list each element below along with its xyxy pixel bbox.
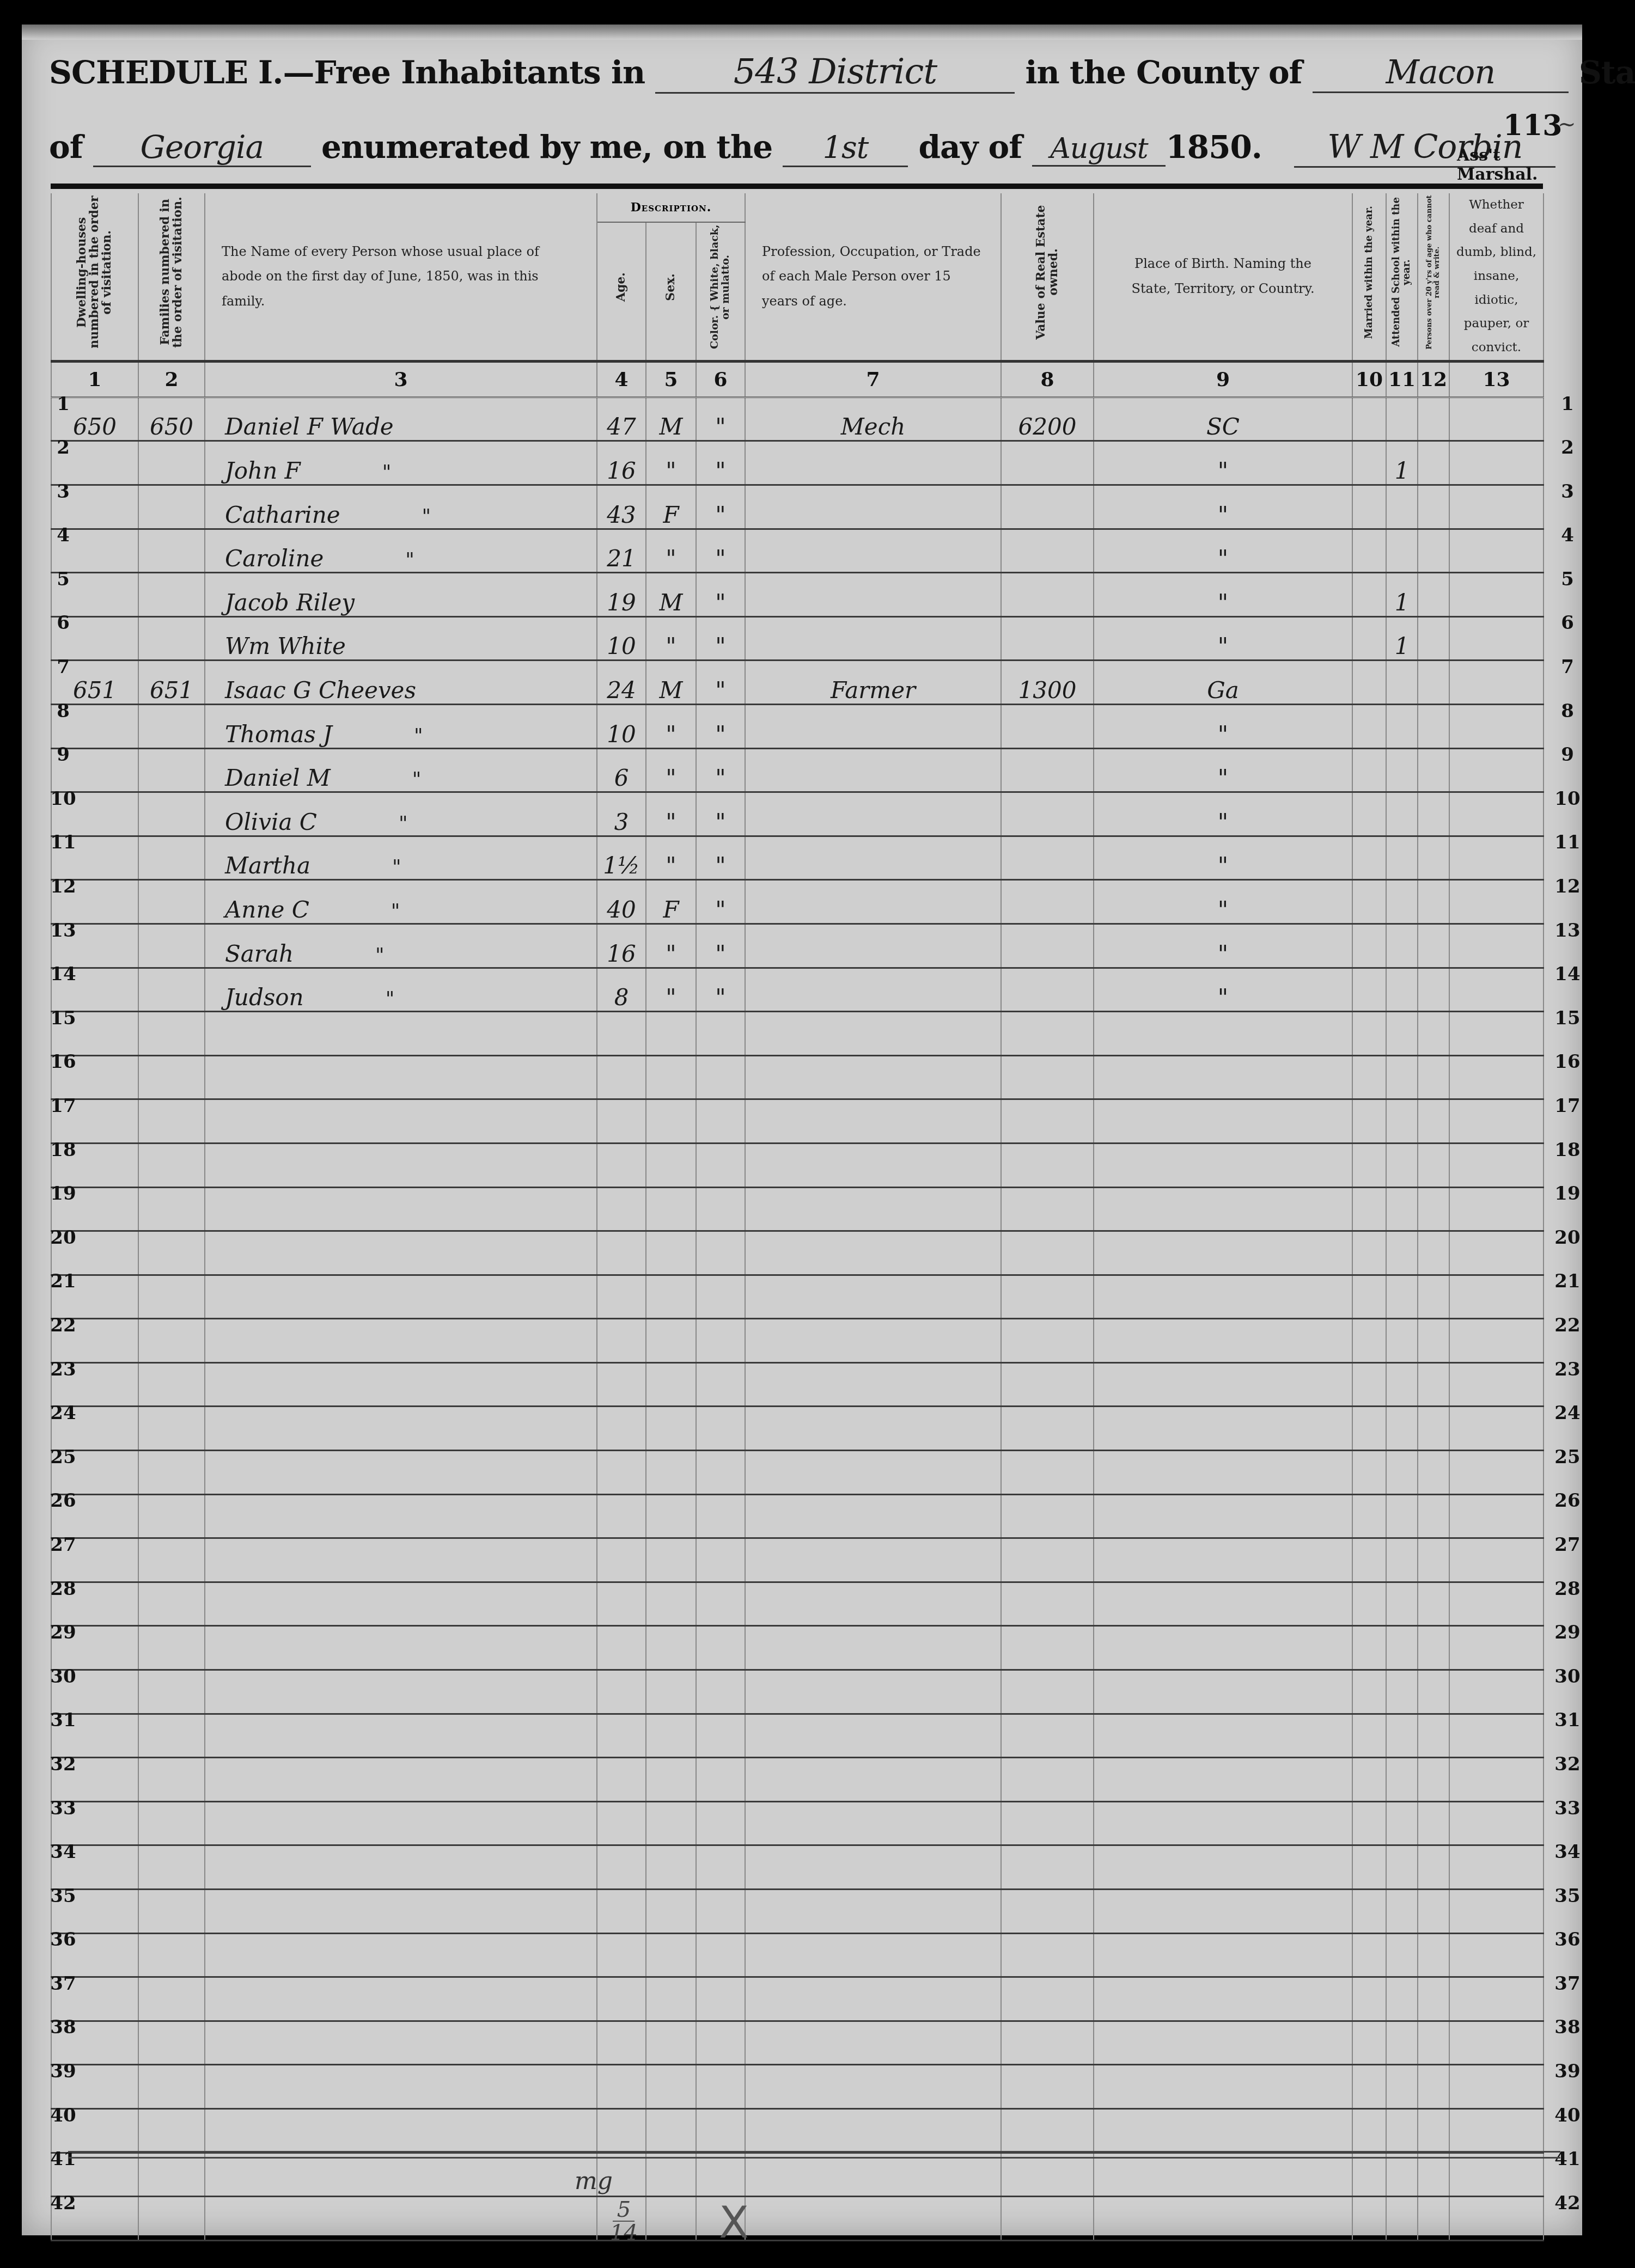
line-number-right: 31	[1554, 1709, 1581, 1731]
cell-birthplace: "	[1094, 441, 1352, 485]
cell-married	[1352, 1977, 1386, 2021]
cell-occupation	[745, 1275, 1001, 1319]
cell-married	[1352, 2153, 1386, 2197]
cell-condition	[1449, 1933, 1544, 1977]
cell-occupation: Farmer	[745, 661, 1001, 705]
cell-family	[138, 485, 205, 529]
line-number-left: 21	[50, 1270, 77, 1292]
cell-illiterate	[1418, 968, 1449, 1012]
cell-condition	[1449, 1143, 1544, 1187]
line-number-left: 22	[50, 1315, 77, 1336]
cell-real-estate	[1001, 1494, 1094, 1538]
cell-sex	[646, 1055, 696, 1099]
cell-color	[696, 1319, 745, 1363]
line-number-left: 38	[50, 2016, 77, 2038]
cell-family	[138, 2153, 205, 2197]
cell-occupation	[745, 1890, 1001, 1934]
col-header-sex: Sex.	[646, 222, 696, 362]
cell-real-estate: 6200	[1001, 397, 1094, 441]
line-number-right: 7	[1554, 656, 1581, 678]
cell-age: 10	[597, 704, 646, 748]
cell-name	[205, 1714, 597, 1758]
cell-real-estate	[1001, 1890, 1094, 1934]
line-number-right: 35	[1554, 1885, 1581, 1907]
cell-birthplace	[1094, 1977, 1352, 2021]
line-number-right: 24	[1554, 1402, 1581, 1424]
line-number-right: 11	[1554, 832, 1581, 853]
cell-condition	[1449, 968, 1544, 1012]
line-number-left: 15	[50, 1007, 77, 1029]
cell-sex: M	[646, 573, 696, 617]
table-row	[51, 1231, 1544, 1275]
cell-school	[1386, 2153, 1418, 2197]
col-number-6: 6	[696, 361, 745, 397]
cell-birthplace: "	[1094, 880, 1352, 924]
cell-condition	[1449, 1845, 1544, 1890]
table-row	[51, 2021, 1544, 2065]
cell-name	[205, 2197, 597, 2241]
cell-real-estate	[1001, 529, 1094, 573]
line-number-left: 30	[50, 1666, 77, 1688]
cell-family	[138, 748, 205, 792]
cell-real-estate	[1001, 880, 1094, 924]
cell-real-estate	[1001, 1319, 1094, 1363]
cell-illiterate	[1418, 2065, 1449, 2109]
year-label: 1850.	[1166, 129, 1262, 166]
cell-birthplace: "	[1094, 529, 1352, 573]
line-number-right: 12	[1554, 876, 1581, 897]
cell-real-estate	[1001, 1187, 1094, 1231]
cell-married	[1352, 1099, 1386, 1144]
cell-age	[597, 1582, 646, 1626]
cell-school	[1386, 1582, 1418, 1626]
cell-family	[138, 1582, 205, 1626]
census-table: Dwelling-houses numbered in the order of…	[51, 193, 1544, 2241]
cell-occupation	[745, 1451, 1001, 1495]
cell-condition	[1449, 748, 1544, 792]
ditto-mark	[416, 681, 498, 703]
line-number-left: 7	[50, 656, 77, 678]
cell-illiterate	[1418, 2021, 1449, 2065]
cell-occupation	[745, 924, 1001, 968]
cell-condition	[1449, 1801, 1544, 1845]
cell-age	[597, 1758, 646, 1802]
cell-color	[696, 1933, 745, 1977]
cell-illiterate	[1418, 1187, 1449, 1231]
cell-occupation	[745, 1012, 1001, 1056]
cell-age	[597, 2021, 646, 2065]
cell-married	[1352, 2108, 1386, 2153]
line-number-left: 29	[50, 1622, 77, 1643]
cell-real-estate	[1001, 1582, 1094, 1626]
cell-family	[138, 1012, 205, 1056]
cell-school: 1	[1386, 441, 1418, 485]
cell-real-estate	[1001, 836, 1094, 880]
cell-school	[1386, 1055, 1418, 1099]
cell-married	[1352, 1407, 1386, 1451]
table-row	[51, 2153, 1544, 2197]
cell-sex: M	[646, 661, 696, 705]
cell-name: Judson"	[205, 968, 597, 1012]
line-number-right: 4	[1554, 524, 1581, 546]
ditto-mark: "	[294, 944, 385, 967]
cell-birthplace: "	[1094, 573, 1352, 617]
col-header-name: The Name of every Person whose usual pla…	[205, 193, 597, 361]
cell-condition	[1449, 616, 1544, 661]
cell-married	[1352, 397, 1386, 441]
line-number-left: 18	[50, 1139, 77, 1161]
cell-school	[1386, 968, 1418, 1012]
cell-occupation	[745, 704, 1001, 748]
ditto-mark: "	[332, 725, 423, 747]
cell-illiterate	[1418, 1231, 1449, 1275]
cell-illiterate	[1418, 880, 1449, 924]
line-number-left: 39	[50, 2061, 77, 2082]
cell-age: 24	[597, 661, 646, 705]
line-number-right: 29	[1554, 1622, 1581, 1643]
cell-color	[696, 1275, 745, 1319]
cell-birthplace	[1094, 1845, 1352, 1890]
day-of-label: day of	[919, 129, 1022, 166]
cell-school	[1386, 1099, 1418, 1144]
table-row	[51, 1275, 1544, 1319]
cell-occupation	[745, 1801, 1001, 1845]
table-row	[51, 1538, 1544, 1582]
cell-illiterate	[1418, 792, 1449, 836]
cell-real-estate: 1300	[1001, 661, 1094, 705]
cell-age	[597, 1362, 646, 1407]
cell-illiterate	[1418, 529, 1449, 573]
cell-birthplace	[1094, 1187, 1352, 1231]
cell-color	[696, 1758, 745, 1802]
line-number-left: 8	[50, 700, 77, 722]
cell-sex	[646, 1143, 696, 1187]
cell-color: "	[696, 880, 745, 924]
line-number-right: 37	[1554, 1973, 1581, 1995]
county-label: in the County of	[1026, 54, 1302, 91]
cell-school	[1386, 880, 1418, 924]
table-row	[51, 1407, 1544, 1451]
col-number-7: 7	[745, 361, 1001, 397]
table-row	[51, 1977, 1544, 2021]
cell-family	[138, 1801, 205, 1845]
cell-condition	[1449, 1538, 1544, 1582]
cell-married	[1352, 1758, 1386, 1802]
cell-sex: "	[646, 924, 696, 968]
col-number-3: 3	[205, 361, 597, 397]
cell-birthplace	[1094, 1362, 1352, 1407]
cell-occupation	[745, 1187, 1001, 1231]
cell-color	[696, 2065, 745, 2109]
cell-condition	[1449, 397, 1544, 441]
cell-color	[696, 1845, 745, 1890]
cell-name: Anne C"	[205, 880, 597, 924]
cell-school	[1386, 1187, 1418, 1231]
cell-occupation	[745, 968, 1001, 1012]
col-number-10: 10	[1352, 361, 1386, 397]
cell-school	[1386, 1890, 1418, 1934]
cell-name	[205, 1626, 597, 1670]
cell-color: "	[696, 924, 745, 968]
line-number-right: 17	[1554, 1095, 1581, 1117]
cell-illiterate	[1418, 1012, 1449, 1056]
cell-illiterate	[1418, 1494, 1449, 1538]
cell-married	[1352, 441, 1386, 485]
cell-married	[1352, 1362, 1386, 1407]
cell-real-estate	[1001, 968, 1094, 1012]
cell-school	[1386, 1362, 1418, 1407]
col-header-illiterate: Persons over 20 y'rs of age who cannot r…	[1418, 193, 1449, 361]
cell-married	[1352, 748, 1386, 792]
cell-real-estate	[1001, 1231, 1094, 1275]
cell-occupation	[745, 1626, 1001, 1670]
cell-name	[205, 1012, 597, 1056]
table-row	[51, 1319, 1544, 1363]
cell-color: "	[696, 968, 745, 1012]
line-number-right: 16	[1554, 1051, 1581, 1073]
cell-illiterate	[1418, 1099, 1449, 1144]
cell-condition	[1449, 1758, 1544, 1802]
cell-condition	[1449, 1977, 1544, 2021]
line-number-right: 20	[1554, 1227, 1581, 1249]
table-row	[51, 1362, 1544, 1407]
line-number-right: 28	[1554, 1578, 1581, 1600]
cell-color: "	[696, 616, 745, 661]
cell-real-estate	[1001, 1407, 1094, 1451]
census-body: 650650Daniel F Wade47M"Mech6200SCJohn F"…	[51, 397, 1544, 2240]
cell-school	[1386, 1933, 1418, 1977]
cell-sex	[646, 2021, 696, 2065]
cell-occupation	[745, 1933, 1001, 1977]
table-row	[51, 1099, 1544, 1144]
cell-condition	[1449, 880, 1544, 924]
schedule-label: SCHEDULE I.—Free Inhabitants in	[49, 54, 645, 91]
cell-color	[696, 1494, 745, 1538]
cell-color	[696, 1012, 745, 1056]
cell-name	[205, 1933, 597, 1977]
table-row: Sarah"16"""	[51, 924, 1544, 968]
cell-color: "	[696, 748, 745, 792]
cell-family	[138, 1362, 205, 1407]
cell-illiterate	[1418, 1407, 1449, 1451]
cell-family	[138, 1099, 205, 1144]
line-number-left: 13	[50, 920, 77, 942]
cell-condition	[1449, 2021, 1544, 2065]
cell-name	[205, 1099, 597, 1144]
cell-name: Wm White	[205, 616, 597, 661]
table-row	[51, 2108, 1544, 2153]
cell-occupation	[745, 1538, 1001, 1582]
bottom-rule	[68, 2151, 1560, 2159]
cell-age	[597, 1099, 646, 1144]
cell-color: "	[696, 792, 745, 836]
line-number-right: 23	[1554, 1359, 1581, 1380]
cell-condition	[1449, 1187, 1544, 1231]
district-field: 543 District	[655, 52, 1015, 94]
col-number-11: 11	[1386, 361, 1418, 397]
cell-age: 21	[597, 529, 646, 573]
cell-sex	[646, 1845, 696, 1890]
cell-sex: "	[646, 704, 696, 748]
table-row	[51, 1845, 1544, 1890]
line-number-left: 42	[50, 2192, 77, 2214]
cell-real-estate	[1001, 573, 1094, 617]
cell-color	[696, 1670, 745, 1714]
line-number-left: 32	[50, 1753, 77, 1775]
cell-illiterate	[1418, 1275, 1449, 1319]
enumerated-label: enumerated by me, on the	[321, 129, 772, 166]
cell-condition	[1449, 661, 1544, 705]
line-number-left: 37	[50, 1973, 77, 1995]
page-number-mark: ~	[1558, 112, 1576, 137]
cell-sex	[646, 1977, 696, 2021]
cell-married	[1352, 573, 1386, 617]
cell-school	[1386, 924, 1418, 968]
cell-sex	[646, 1538, 696, 1582]
col-number-13: 13	[1449, 361, 1544, 397]
cell-name	[205, 1582, 597, 1626]
cell-real-estate	[1001, 704, 1094, 748]
cell-school	[1386, 2021, 1418, 2065]
table-row	[51, 2197, 1544, 2241]
cell-real-estate	[1001, 1714, 1094, 1758]
ditto-mark	[394, 417, 475, 439]
cell-age: 43	[597, 485, 646, 529]
table-row	[51, 1933, 1544, 1977]
table-row: Thomas J"10"""	[51, 704, 1544, 748]
cell-real-estate	[1001, 1362, 1094, 1407]
line-number-right: 27	[1554, 1534, 1581, 1556]
cell-occupation	[745, 529, 1001, 573]
day-field: 1st	[783, 130, 908, 167]
cell-sex	[646, 1626, 696, 1670]
cell-family	[138, 1538, 205, 1582]
line-number-right: 3	[1554, 481, 1581, 503]
ditto-mark: "	[304, 988, 395, 1010]
footer-mark: X	[719, 2197, 749, 2248]
cell-family	[138, 2108, 205, 2153]
cell-name	[205, 1670, 597, 1714]
cell-birthplace	[1094, 1758, 1352, 1802]
cell-age: 40	[597, 880, 646, 924]
cell-illiterate	[1418, 2153, 1449, 2197]
cell-married	[1352, 792, 1386, 836]
cell-birthplace: "	[1094, 704, 1352, 748]
cell-real-estate	[1001, 1845, 1094, 1890]
cell-condition	[1449, 704, 1544, 748]
cell-age	[597, 1670, 646, 1714]
table-row: 650650Daniel F Wade47M"Mech6200SC	[51, 397, 1544, 441]
cell-condition	[1449, 1407, 1544, 1451]
cell-color	[696, 1714, 745, 1758]
cell-condition	[1449, 2108, 1544, 2153]
cell-occupation	[745, 1055, 1001, 1099]
cell-family: 651	[138, 661, 205, 705]
cell-name	[205, 1187, 597, 1231]
cell-illiterate	[1418, 836, 1449, 880]
cell-birthplace: SC	[1094, 397, 1352, 441]
cell-condition	[1449, 1362, 1544, 1407]
cell-school	[1386, 1275, 1418, 1319]
line-number-right: 8	[1554, 700, 1581, 722]
cell-illiterate	[1418, 1801, 1449, 1845]
line-number-left: 20	[50, 1227, 77, 1249]
line-number-left: 26	[50, 1490, 77, 1512]
line-number-left: 6	[50, 612, 77, 634]
cell-name	[205, 1494, 597, 1538]
cell-married	[1352, 924, 1386, 968]
cell-married	[1352, 1933, 1386, 1977]
cell-occupation	[745, 1407, 1001, 1451]
cell-sex	[646, 1494, 696, 1538]
col-header-condition: Whether deaf and dumb, blind, insane, id…	[1449, 193, 1544, 361]
cell-real-estate	[1001, 1055, 1094, 1099]
cell-birthplace	[1094, 2197, 1352, 2241]
cell-family	[138, 529, 205, 573]
col-header-married: Married within the year.	[1352, 193, 1386, 361]
cell-married	[1352, 1012, 1386, 1056]
cell-condition	[1449, 1319, 1544, 1363]
cell-occupation	[745, 1758, 1001, 1802]
cell-family	[138, 1494, 205, 1538]
cell-occupation	[745, 1143, 1001, 1187]
table-row	[51, 1890, 1544, 1934]
cell-birthplace	[1094, 1143, 1352, 1187]
line-number-right: 19	[1554, 1183, 1581, 1205]
cell-family	[138, 1626, 205, 1670]
cell-real-estate	[1001, 2021, 1094, 2065]
cell-age	[597, 1890, 646, 1934]
table-row: Daniel M"6"""	[51, 748, 1544, 792]
title-line-2: of Georgia enumerated by me, on the 1st …	[49, 128, 1555, 168]
cell-color	[696, 1407, 745, 1451]
cell-condition	[1449, 1670, 1544, 1714]
cell-condition	[1449, 441, 1544, 485]
cell-school	[1386, 1670, 1418, 1714]
cell-married	[1352, 836, 1386, 880]
cell-occupation	[745, 1494, 1001, 1538]
cell-color	[696, 1451, 745, 1495]
cell-married	[1352, 1143, 1386, 1187]
cell-occupation	[745, 1670, 1001, 1714]
cell-sex	[646, 1187, 696, 1231]
cell-family	[138, 836, 205, 880]
cell-sex: F	[646, 485, 696, 529]
cell-real-estate	[1001, 2197, 1094, 2241]
cell-illiterate	[1418, 1670, 1449, 1714]
line-number-right: 6	[1554, 612, 1581, 634]
cell-family	[138, 968, 205, 1012]
cell-age: 16	[597, 924, 646, 968]
cell-condition	[1449, 1451, 1544, 1495]
cell-birthplace	[1094, 1670, 1352, 1714]
table-row	[51, 1714, 1544, 1758]
cell-sex	[646, 2153, 696, 2197]
cell-real-estate	[1001, 1670, 1094, 1714]
cell-occupation	[745, 1582, 1001, 1626]
ditto-mark: "	[310, 856, 401, 878]
cell-condition	[1449, 2065, 1544, 2109]
line-number-right: 36	[1554, 1929, 1581, 1951]
cell-birthplace	[1094, 1407, 1352, 1451]
cell-name	[205, 1407, 597, 1451]
cell-family	[138, 1319, 205, 1363]
cell-color	[696, 2021, 745, 2065]
cell-age: 1½	[597, 836, 646, 880]
cell-real-estate	[1001, 1626, 1094, 1670]
cell-school	[1386, 748, 1418, 792]
line-number-left: 14	[50, 963, 77, 985]
